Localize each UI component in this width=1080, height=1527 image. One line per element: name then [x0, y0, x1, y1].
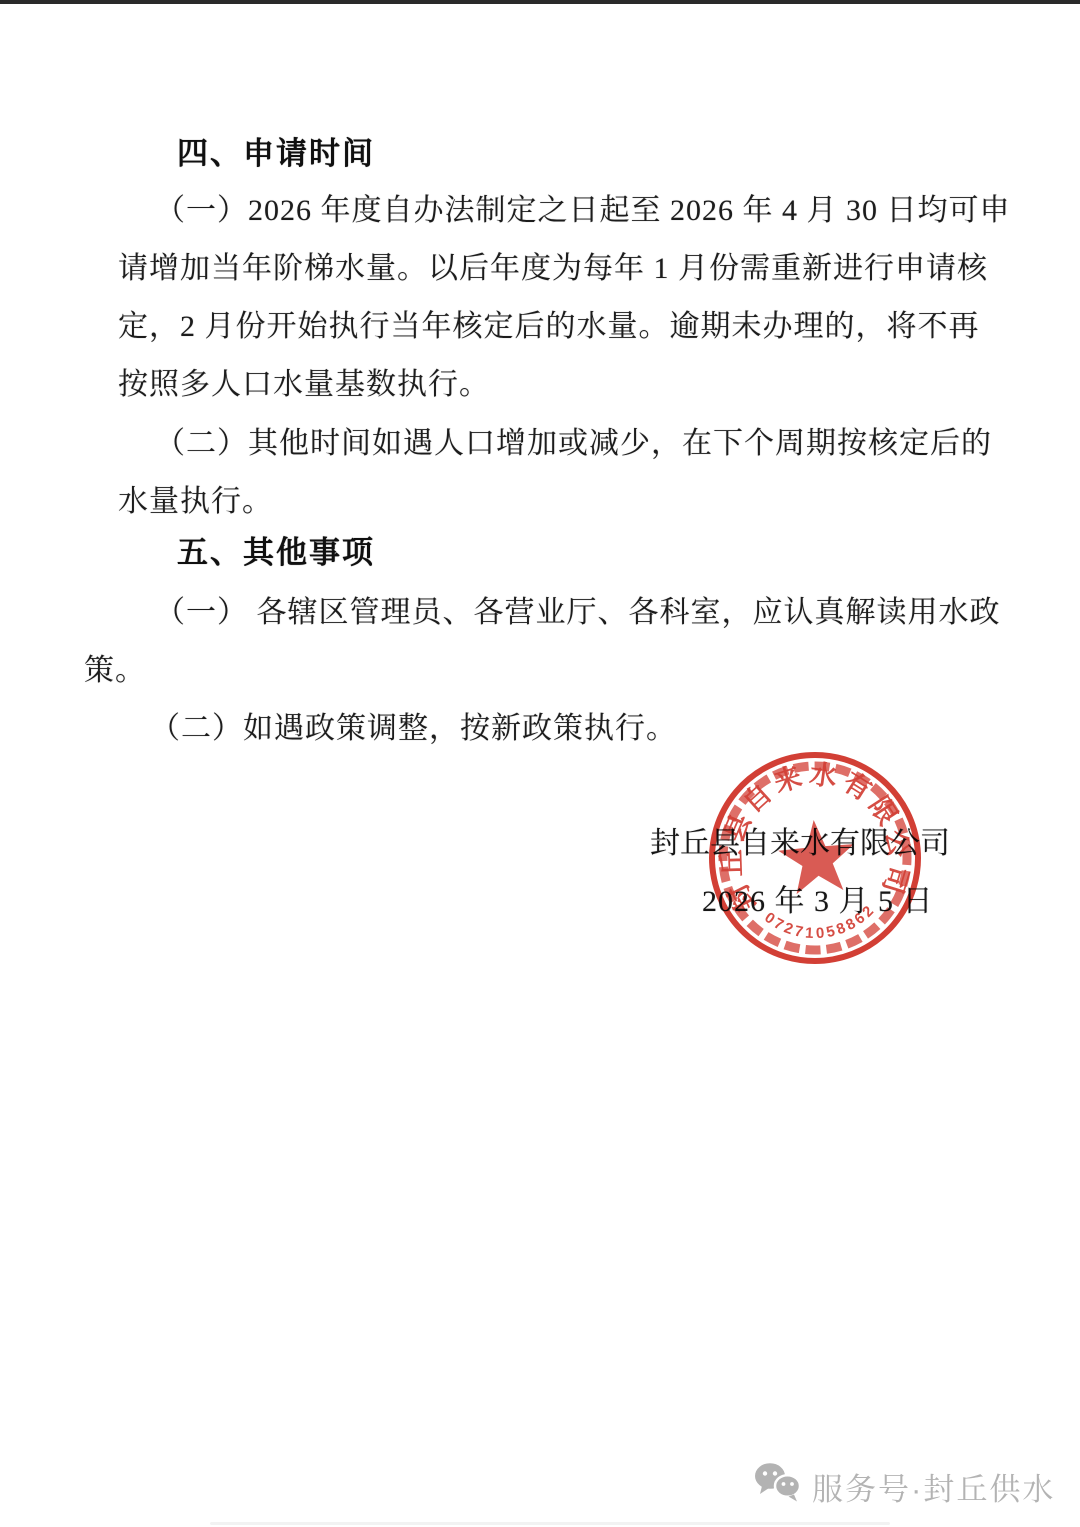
section5-heading: 五、其他事项 — [177, 533, 375, 573]
section4-para1-line2: 请增加当年阶梯水量。以后年度为每年 1 月份需重新进行申请核 — [118, 249, 988, 289]
scan-top-edge — [0, 0, 1080, 4]
section5-para1-line1: （一） 各辖区管理员、各营业厅、各科室，应认真解读用水政 — [155, 593, 1001, 633]
section4-para2-line2: 水量执行。 — [118, 482, 273, 522]
wechat-icon — [754, 1461, 802, 1511]
section4-para1-line1: （一）2026 年度自办法制定之日起至 2026 年 4 月 30 日均可申 — [155, 191, 1011, 231]
section4-para1-line4: 按照多人口水量基数执行。 — [118, 365, 490, 405]
section5-para2-line1: （二）如遇政策调整，按新政策执行。 — [150, 709, 677, 749]
official-seal: 封丘县自来水有限公司 07271058862 — [685, 728, 945, 988]
document-page: 四、申请时间 （一）2026 年度自办法制定之日起至 2026 年 4 月 30… — [0, 0, 1080, 1527]
star-icon — [776, 817, 858, 896]
section4-para1-line3: 定，2 月份开始执行当年核定后的水量。逾期未办理的，将不再 — [118, 307, 980, 347]
seal-graphic: 封丘县自来水有限公司 07271058862 — [685, 728, 945, 988]
section5-para1-line2: 策。 — [84, 651, 146, 691]
service-account-footer: 服务号·封丘供水 — [754, 1461, 1055, 1511]
scan-bottom-artifact — [210, 1522, 890, 1525]
section4-para2-line1: （二）其他时间如遇人口增加或减少，在下个周期按核定后的 — [155, 424, 992, 464]
section4-heading: 四、申请时间 — [177, 134, 375, 174]
service-account-label: 服务号·封丘供水 — [812, 1464, 1055, 1509]
